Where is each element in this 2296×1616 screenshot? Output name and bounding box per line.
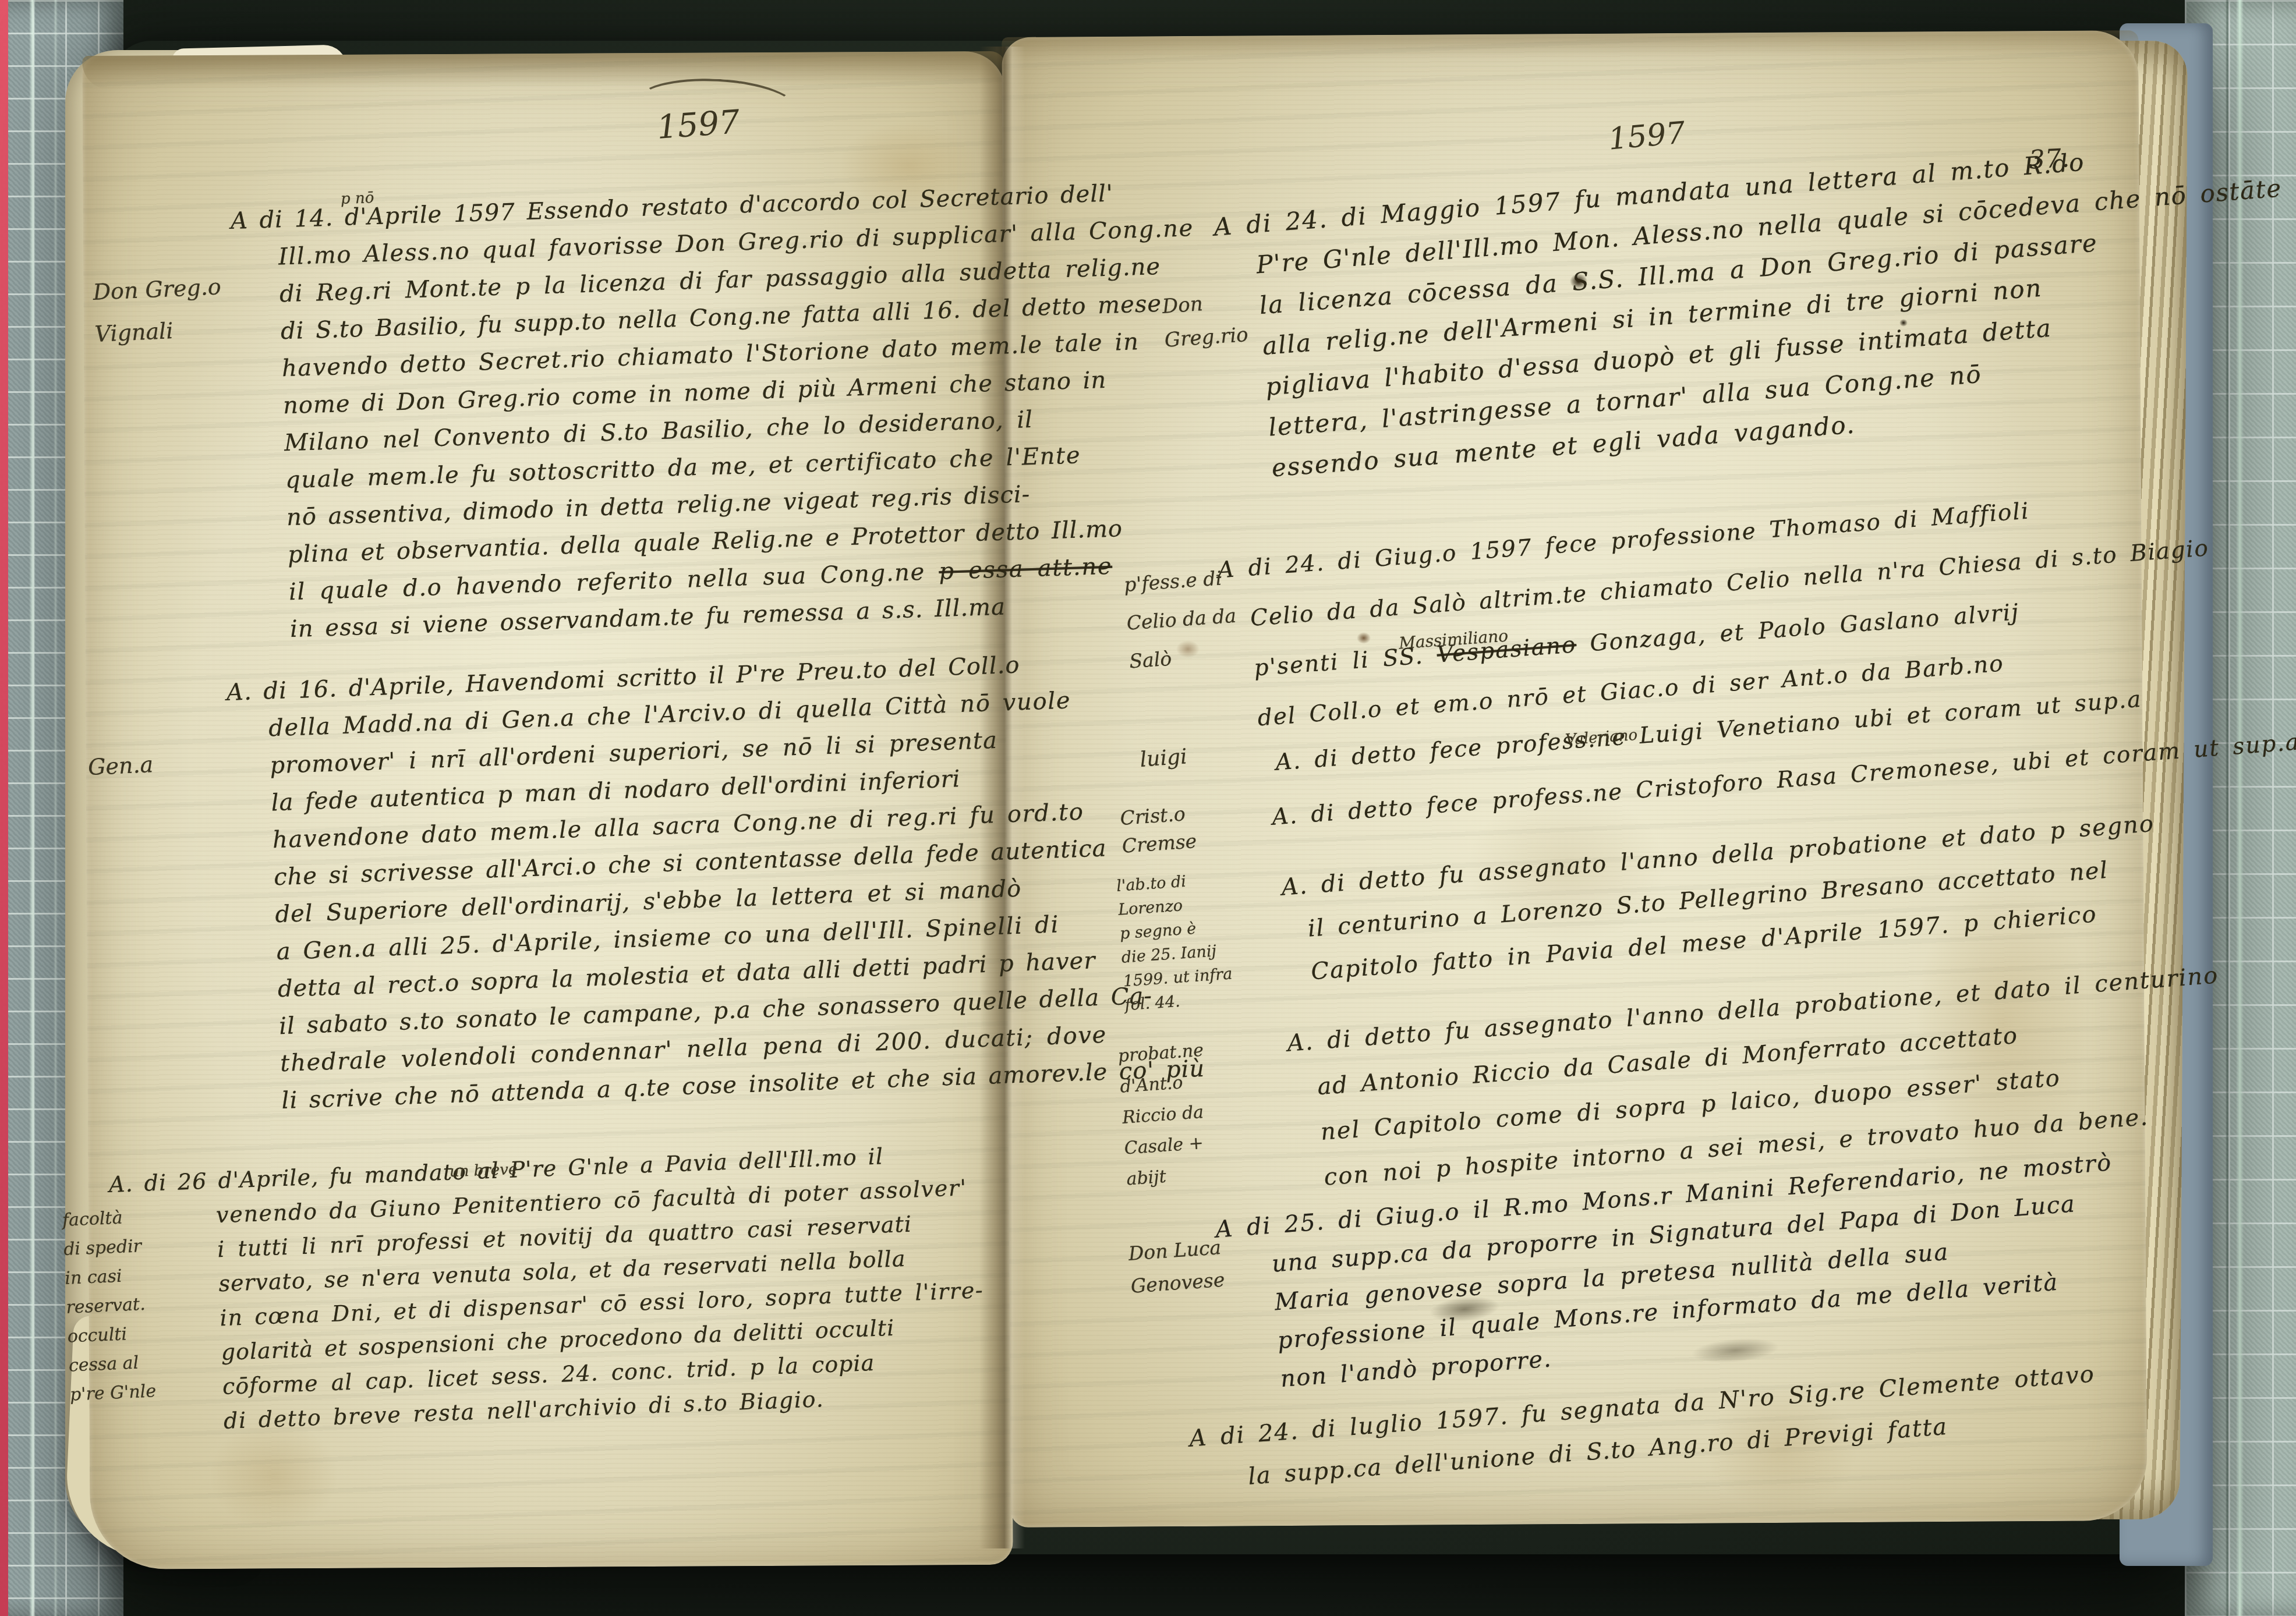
line-text: Genovese — [1130, 1268, 1225, 1298]
line-text: abijt — [1126, 1167, 1166, 1190]
margin-note-antonio: probat.ned'Ant.oRiccio daCasale +abijt — [1117, 1035, 1214, 1195]
manuscript-line: luigi — [1139, 742, 1188, 775]
struck-text: p essa att.ne — [939, 553, 1113, 585]
line-text: reservat. — [66, 1294, 146, 1318]
line-text: Crist.o — [1119, 802, 1186, 830]
manuscript-line: cessa al — [68, 1348, 155, 1380]
line-text: d'Ant.o — [1119, 1072, 1183, 1097]
manuscript-line: Vignali — [94, 307, 224, 355]
line-text: Don Greg.o — [93, 274, 222, 305]
manuscript-line: Don Greg.o — [92, 265, 222, 313]
manuscript-line: p're G'nle — [69, 1377, 157, 1409]
line-text: Lorenzo — [1117, 896, 1183, 919]
line-text: 1599. ut infra — [1123, 965, 1233, 990]
ink-blot — [1899, 319, 1908, 327]
manuscript-line: abijt — [1126, 1158, 1214, 1195]
manuscript-line: occulti — [67, 1319, 154, 1351]
line-text: Casale + — [1124, 1133, 1204, 1158]
margin-note-luigi: luigi — [1139, 742, 1188, 775]
line-text: probat.ne — [1117, 1040, 1204, 1066]
line-text: fol. 44. — [1124, 993, 1181, 1015]
line-text: occulti — [67, 1324, 128, 1346]
manuscript-line: in casi — [64, 1260, 151, 1293]
manuscript-line: reservat. — [66, 1289, 153, 1322]
left-entry-april26: A. di 26 d'Aprile, fu mandato al P're G'… — [108, 1136, 988, 1442]
line-text: p'fess.e di — [1123, 566, 1222, 596]
line-text: luigi — [1139, 745, 1187, 772]
left-year-heading: 1597 — [656, 103, 741, 147]
margin-note-genova: Gen.a — [87, 749, 154, 782]
manuscript-line: Casale + — [1123, 1127, 1211, 1164]
line-text: Cremse — [1122, 830, 1198, 857]
manuscript-line: Greg.rio — [1163, 318, 1249, 357]
manuscript-line: facoltà — [62, 1203, 149, 1235]
glass-edge-reflection — [54, 0, 58, 1616]
line-text: Don — [1162, 292, 1204, 318]
margin-note-don-gregorio: DonGreg.rio — [1161, 284, 1249, 357]
line-text: l'ab.to di — [1116, 873, 1187, 895]
line-text: p segno è — [1119, 920, 1197, 943]
manuscript-line: Genovese — [1130, 1264, 1226, 1303]
line-text: Gen.a — [87, 752, 154, 780]
interlinear-addition: un breve — [450, 1161, 518, 1181]
left-entry-april14: A di 14. d'Aprile 1597 Essendo restato d… — [230, 172, 1206, 650]
line-text: facoltà — [62, 1207, 123, 1230]
manuscript-line: probat.ne — [1117, 1035, 1205, 1072]
line-text: Riccio da — [1122, 1102, 1204, 1128]
left-entry-april16: A. di 16. d'Aprile, Havendomi scritto il… — [226, 640, 1205, 1121]
manuscript-line: Celio da da — [1126, 597, 1237, 643]
red-edge-strip — [0, 0, 8, 1616]
line-text: Greg.rio — [1164, 323, 1249, 352]
year-text: 1597 — [1607, 115, 1687, 157]
right-year-heading: 1597 — [1607, 115, 1687, 157]
line-text: p're G'nle — [69, 1381, 156, 1405]
line-text: die 25. Ianij — [1121, 942, 1217, 966]
line-text: di spedir — [63, 1236, 141, 1260]
manuscript-line: Don — [1161, 284, 1247, 324]
margin-note-celio: p'fess.e diCelio da daSalò — [1123, 558, 1240, 681]
manuscript-line: Cremse — [1121, 827, 1197, 860]
glass-edge-reflection — [29, 0, 36, 1616]
line-text: Celio da da — [1126, 604, 1237, 635]
margin-note-lorenzo: l'ab.to diLorenzop segno èdie 25. Ianij1… — [1116, 867, 1234, 1017]
line-text: in casi — [65, 1266, 123, 1289]
margin-note-facolta: facoltàdi spedirin casireservat.occultic… — [62, 1203, 157, 1410]
interlinear-addition: p nō — [340, 189, 374, 208]
line-text: Salò — [1128, 647, 1172, 673]
ink-blot — [1357, 632, 1371, 644]
photo-scene: 1597 A di 14. d'Aprile 1597 Essendo rest… — [0, 0, 2296, 1616]
ink-blot — [1570, 274, 1587, 289]
ink-blot — [1176, 640, 1200, 658]
manuscript-line: di spedir — [63, 1231, 150, 1264]
line-text: Don Luca — [1128, 1236, 1222, 1265]
manuscript-line: Gen.a — [87, 749, 154, 782]
line-text: cessa al — [68, 1353, 139, 1376]
margin-note-don-luca: Don LucaGenovese — [1127, 1231, 1226, 1303]
line-text: Vignali — [94, 318, 174, 347]
margin-note-cristoforo: Crist.oCremse — [1119, 799, 1198, 860]
margin-note-don-gregorio-vignali: Don Greg.oVignali — [92, 265, 224, 355]
